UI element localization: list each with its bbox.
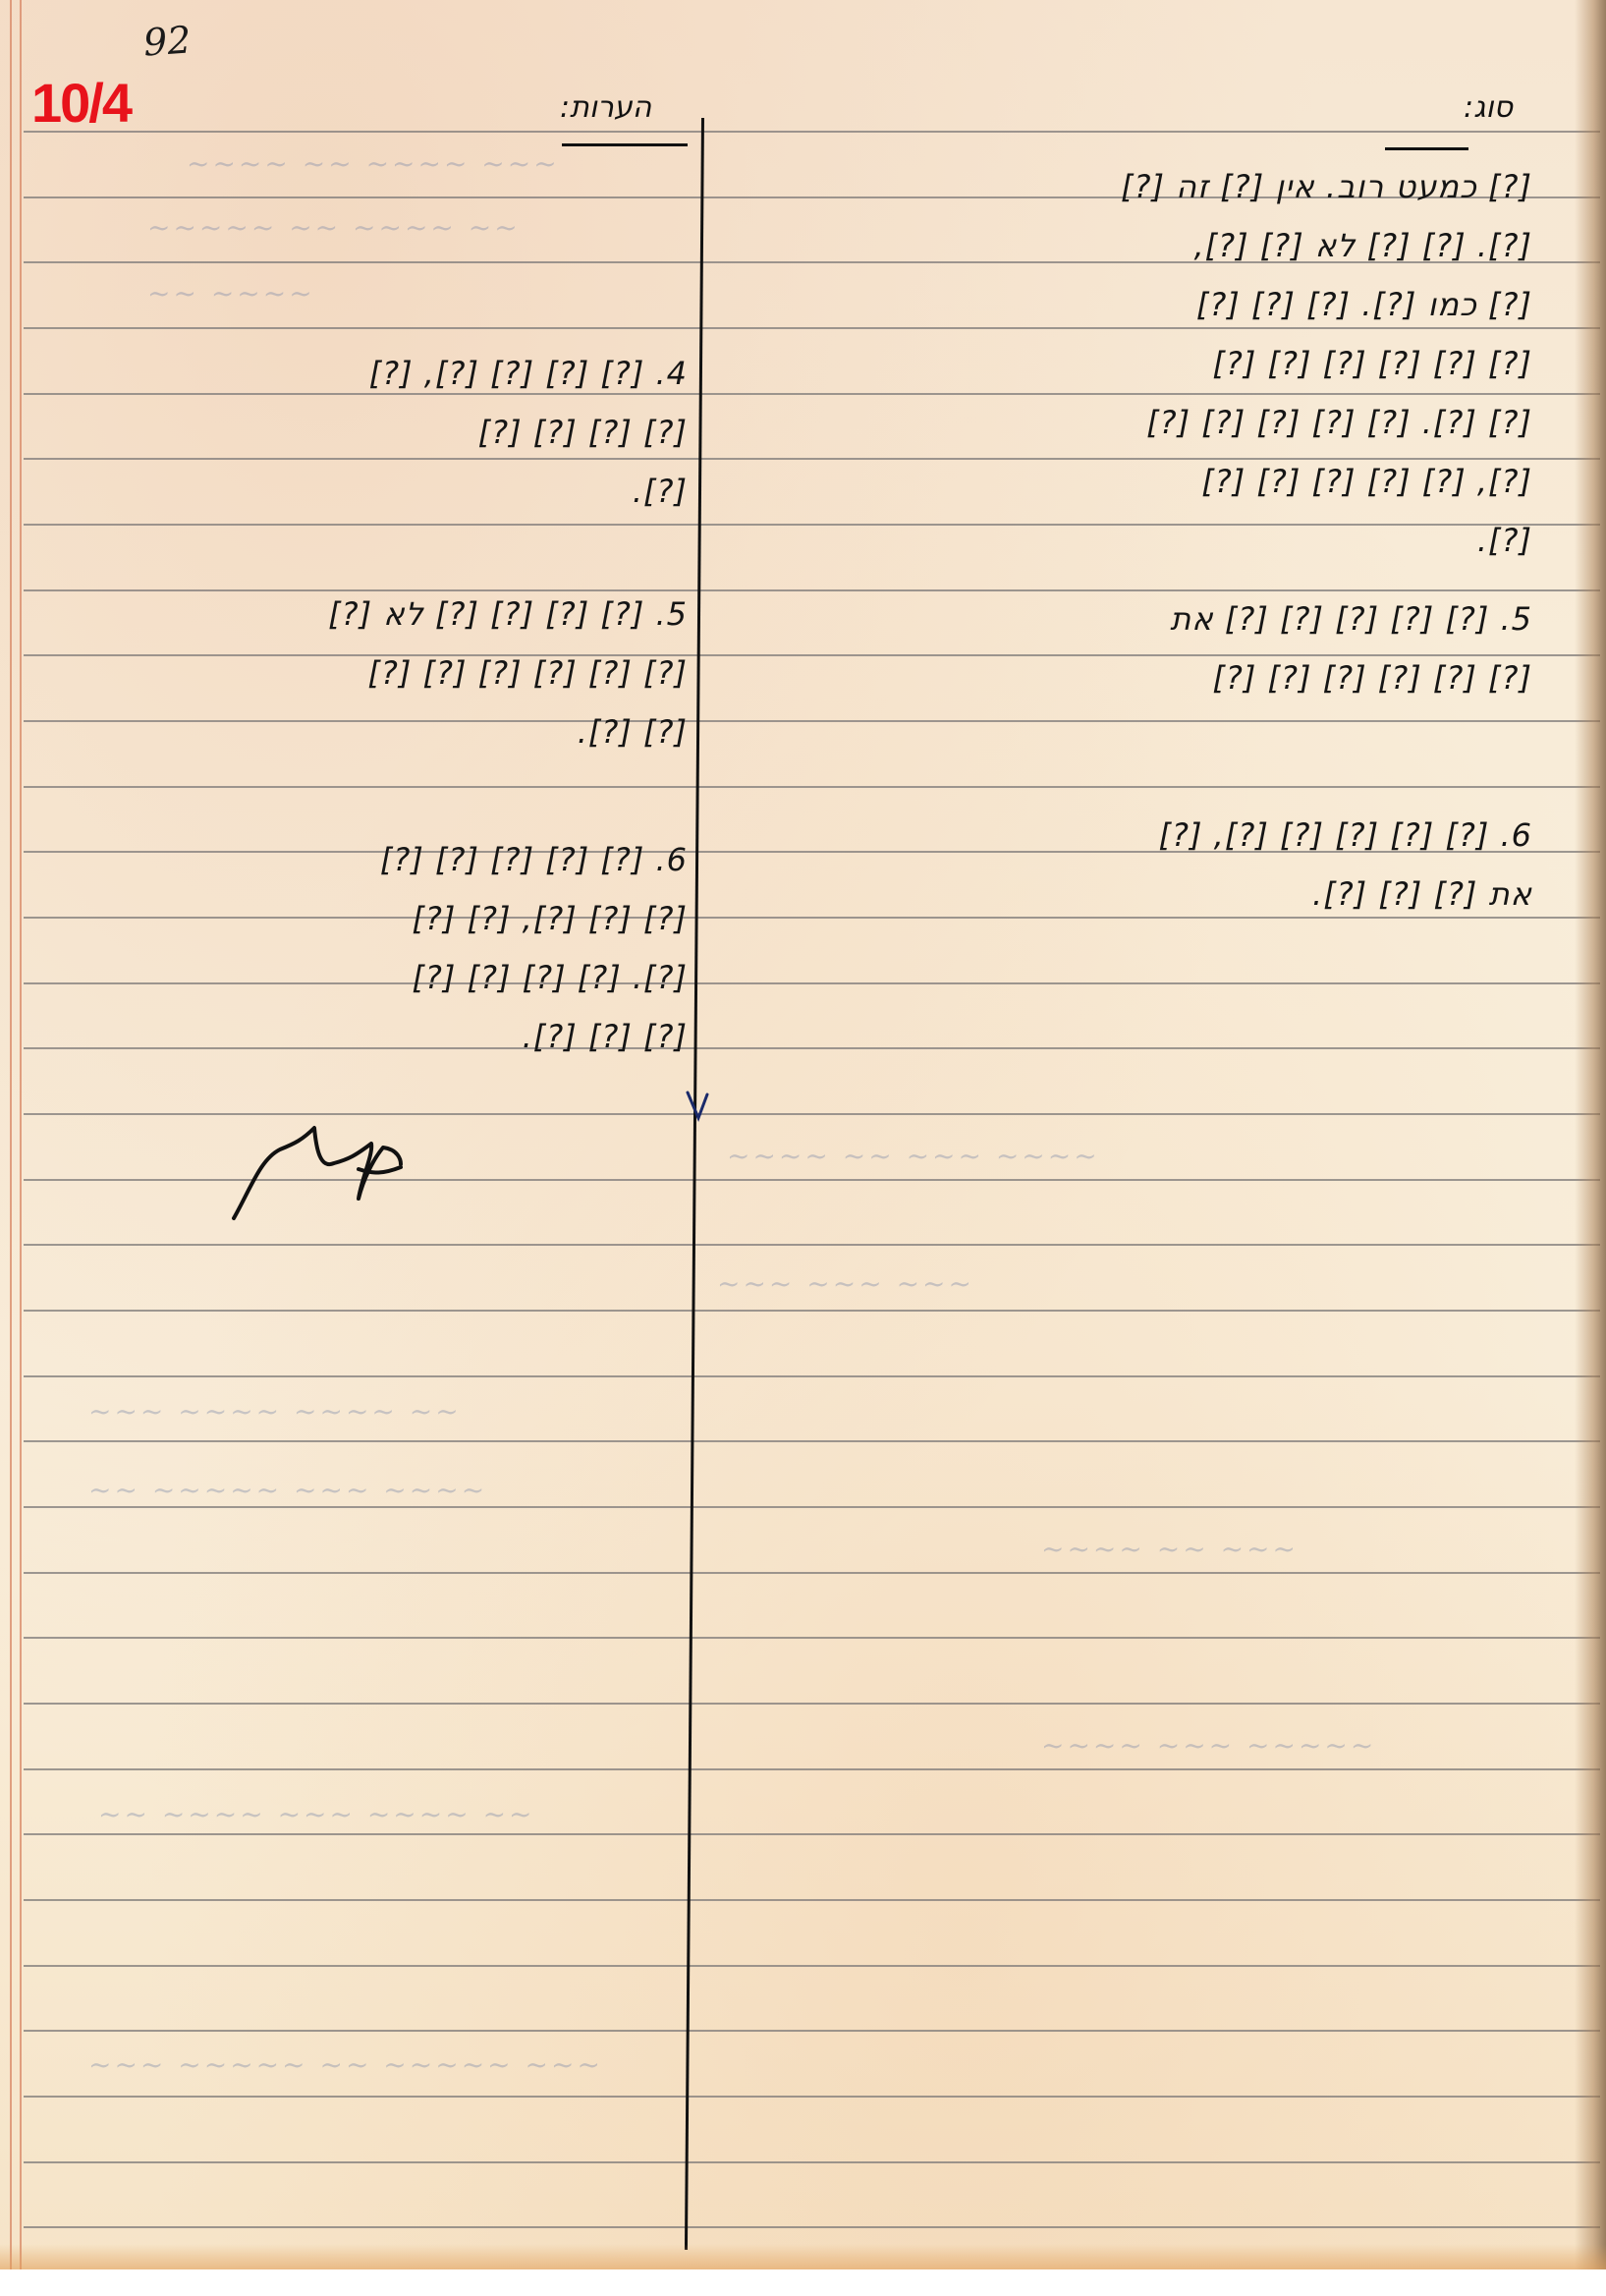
arrow-down-icon <box>682 1089 711 1124</box>
left-item-4: 4. [?] [?] [?] [?], [?] [?] [?] [?] [?] … <box>49 344 688 521</box>
item-number: 5. <box>655 595 688 633</box>
item-number: 4. <box>655 355 688 392</box>
signature <box>226 1120 403 1228</box>
page-number: 92 <box>142 18 193 64</box>
item-number: 6. <box>655 841 688 878</box>
left-column-heading: הערות: <box>560 90 651 125</box>
date-stamp: 10/4 <box>31 71 131 135</box>
item-number: 6. <box>1500 816 1532 854</box>
page-binding-shadow <box>1575 0 1606 2269</box>
margin-line <box>20 0 22 2269</box>
right-column-heading: סוג: <box>1464 90 1513 125</box>
ledger-page: ~~~ ~~~~ ~~ ~~~~ ~~ ~~~~ ~~ ~~~~~ ~~~~ ~… <box>0 0 1606 2269</box>
left-column: 4. [?] [?] [?] [?], [?] [?] [?] [?] [?] … <box>49 344 688 1066</box>
right-column: [?] כמעט רוב. אין [?] זה [?] [?]. [?] [?… <box>717 157 1532 924</box>
left-item-5: 5. [?] [?] [?] [?] לא [?] [?] [?] [?] [?… <box>49 585 688 761</box>
heading-underline <box>562 143 688 146</box>
right-intro-paragraph: [?] כמעט רוב. אין [?] זה [?] [?]. [?] [?… <box>717 157 1532 570</box>
left-item-6: 6. [?] [?] [?] [?] [?] [?] [?] [?], [?] … <box>49 830 688 1066</box>
margin-line <box>10 0 12 2269</box>
item-number: 5. <box>1500 600 1532 638</box>
right-item-6: 6. [?] [?] [?] [?] [?], [?] את [?] [?] [… <box>717 806 1532 924</box>
page-bottom-edge <box>0 2244 1606 2269</box>
heading-underline <box>1385 147 1468 150</box>
right-item-5: 5. [?] [?] [?] [?] [?] את [?] [?] [?] [?… <box>717 589 1532 707</box>
